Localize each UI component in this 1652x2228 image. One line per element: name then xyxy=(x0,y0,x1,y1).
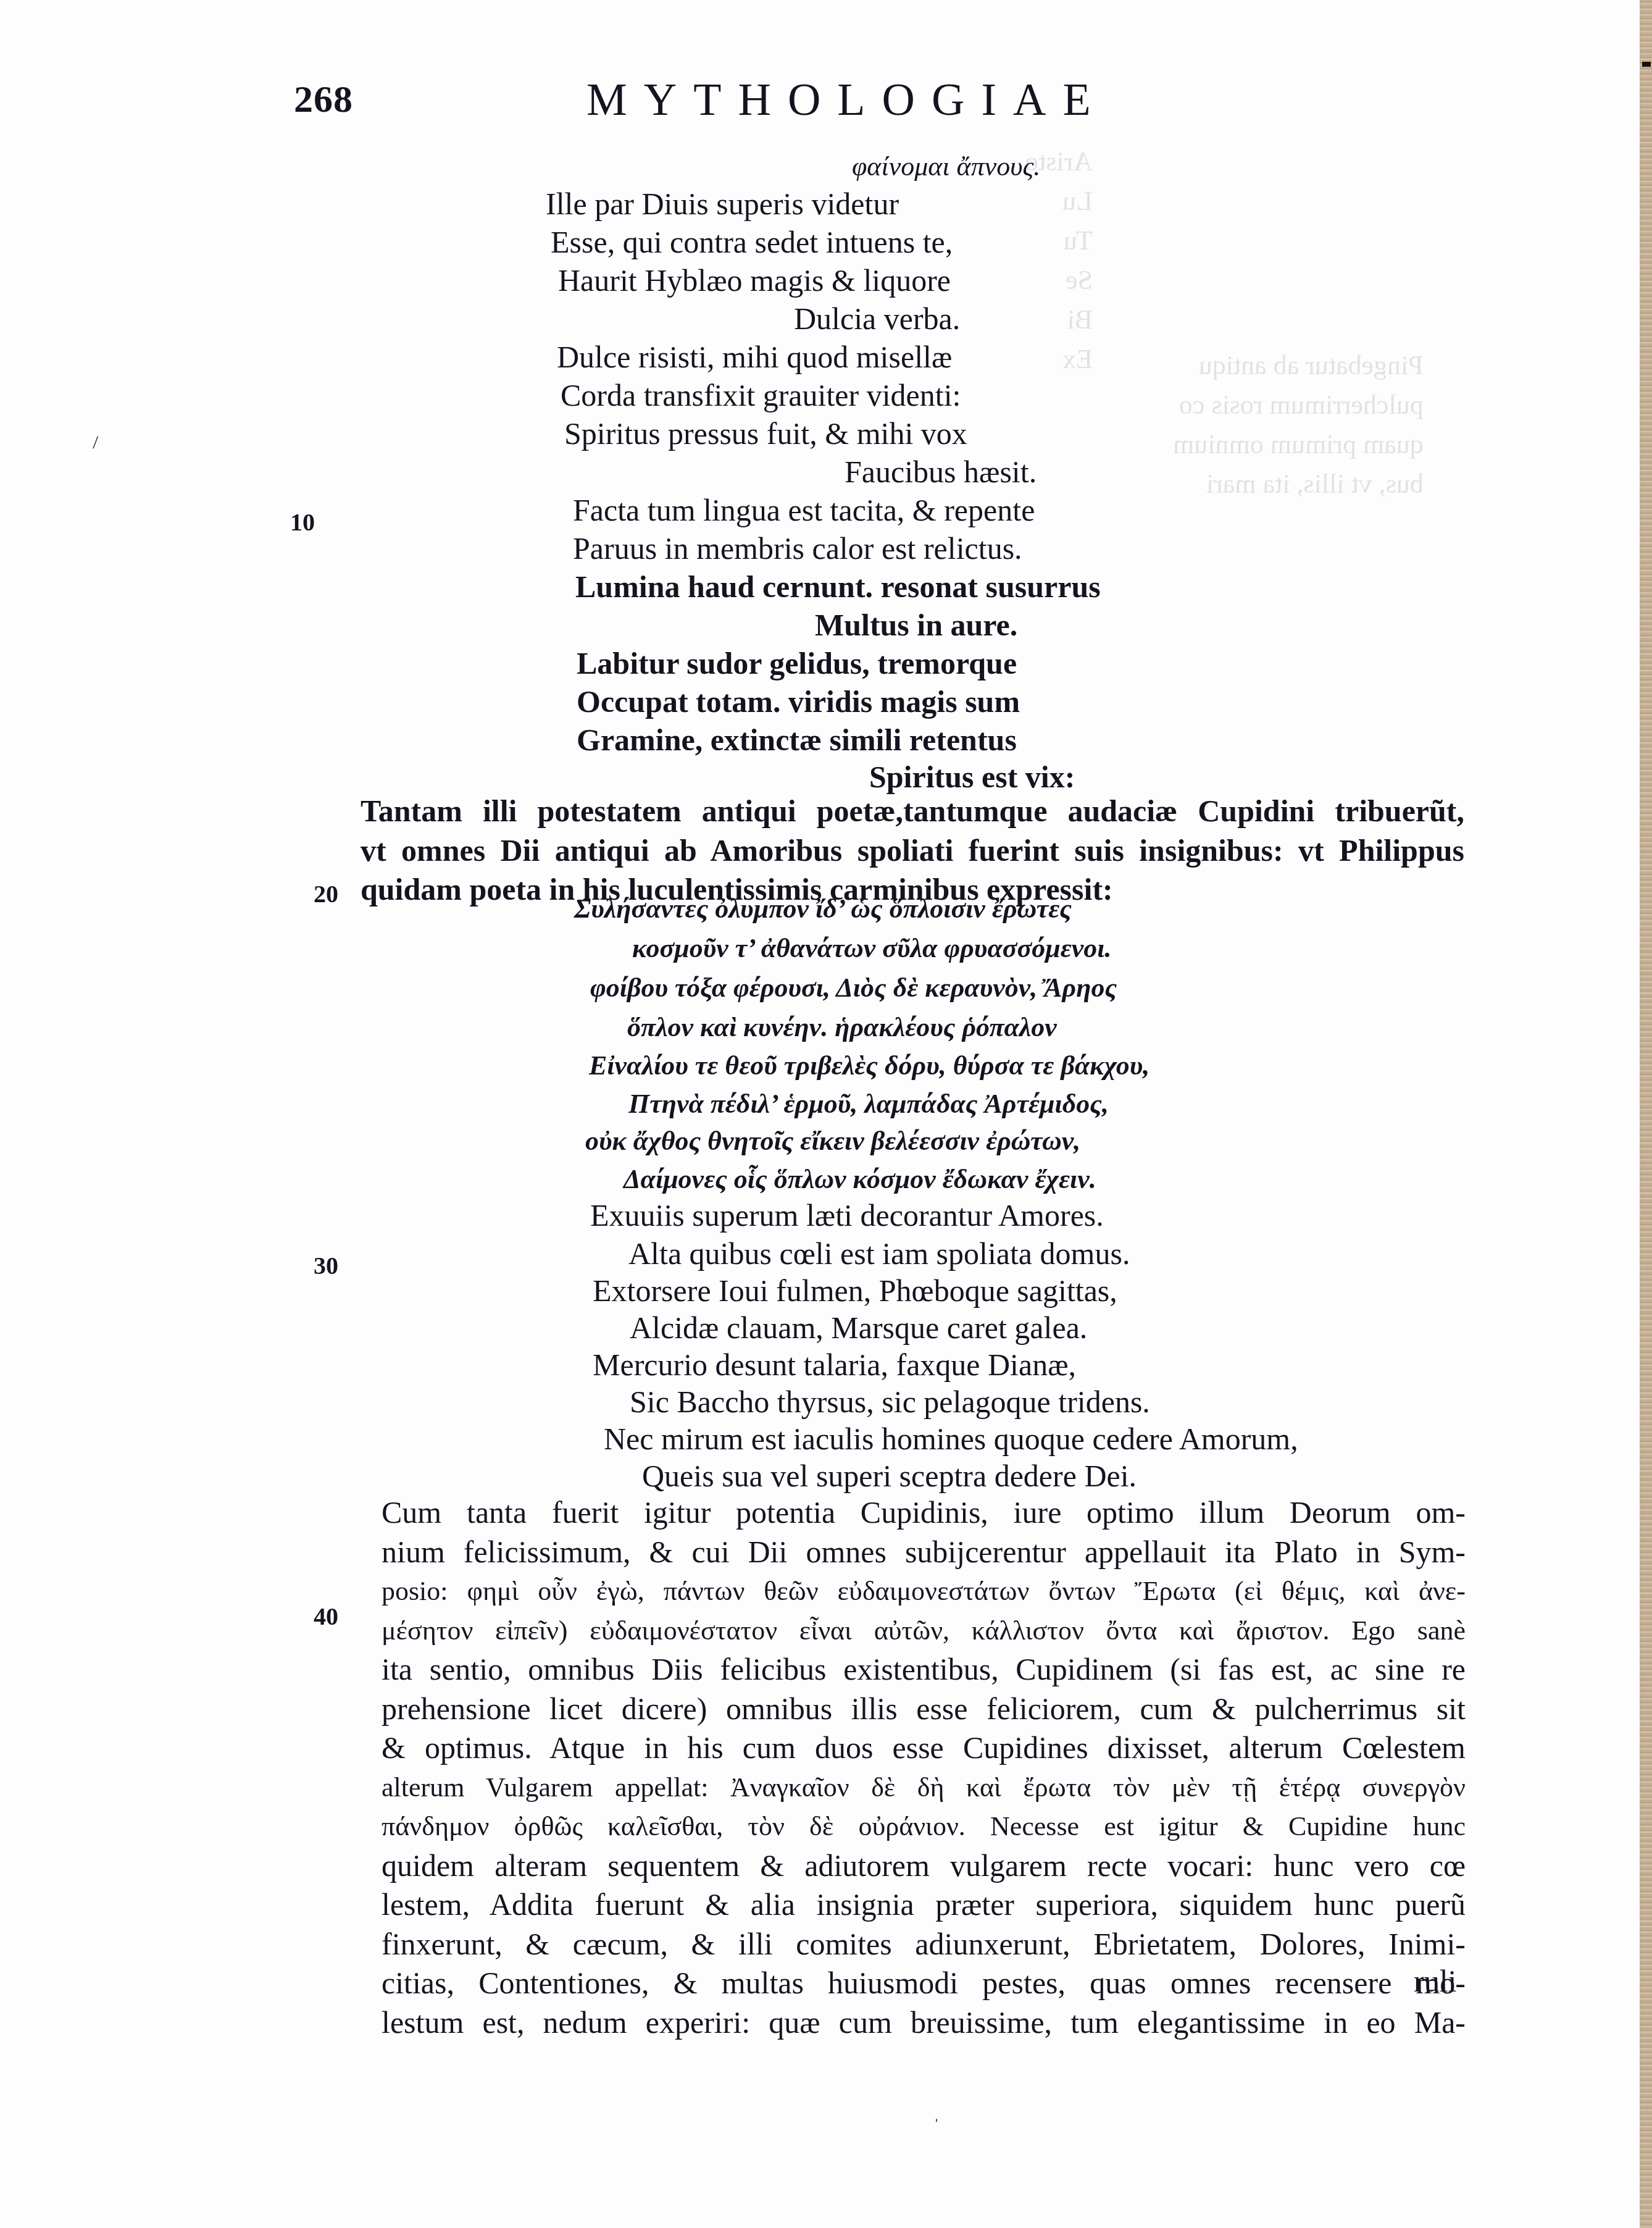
prose-line: nium felicissimum, & cui Dii omnes subij… xyxy=(382,1533,1466,1572)
prose-line: posio: φημὶ οὖν ἐγὼ, πάντων θεῶν εὐδαιμο… xyxy=(382,1572,1466,1611)
verse-line: Queis sua vel superi sceptra dedere Dei. xyxy=(642,1457,1137,1494)
greek-verse-line: Εἰναλίου τε θεοῦ τριβελὲς δόρυ, θύρσα τε… xyxy=(589,1047,1149,1084)
greek-verse-line: οὐκ ἄχθος θνητοῖς εἴκειν βελέεσσιν ἐρώτω… xyxy=(585,1123,1080,1160)
verse-line: Spiritus pressus fuit, & mihi vox xyxy=(564,415,967,452)
ink-speck: ˌ xyxy=(933,2102,940,2123)
page-fore-edge xyxy=(1640,0,1652,2228)
greek-verse-line: φοίβου τόξα φέρουσι, Διὸς δὲ κεραυνὸν, Ἄ… xyxy=(590,970,1117,1007)
prose-line: & optimus. Atque in his cum duos esse Cu… xyxy=(382,1728,1466,1768)
verse-line: Mercurio desunt talaria, faxque Dianæ, xyxy=(593,1346,1076,1383)
verse-line: Alcidæ clauam, Marsque caret galea. xyxy=(630,1309,1087,1346)
verse-line: Lumina haud cernunt. resonat susurrus xyxy=(575,568,1101,605)
edge-mark xyxy=(1642,62,1651,67)
book-page: Aristo Lu Tu Se Bi Ex Pingebatur ab anti… xyxy=(0,0,1652,2228)
page-number: 268 xyxy=(294,78,353,122)
line-number-20: 20 xyxy=(314,879,338,908)
line-number-40: 40 xyxy=(314,1602,338,1631)
greek-verse-tail: φαίνομαι ἄπνους. xyxy=(852,148,1040,185)
verse-line: Ille par Diuis superis videtur xyxy=(546,185,899,222)
prose-line: lestem, Addita fuerunt & alia insignia p… xyxy=(382,1885,1466,1925)
verse-line: Alta quibus cœli est iam spoliata domus. xyxy=(628,1235,1130,1272)
verse-line: Exuuiis superum læti decorantur Amores. xyxy=(590,1197,1104,1234)
verse-line: Facta tum lingua est tacita, & repente xyxy=(573,492,1035,529)
greek-verse-line: κοσμοῦν τ’ ἀθανάτων σῦλα φρυασσόμενοι. xyxy=(632,930,1111,967)
verse-line: Paruus in membris calor est relictus. xyxy=(573,530,1022,567)
verse-line: Dulcia verba. xyxy=(794,300,960,337)
prose-line: quidem alteram sequentem & adiutorem vul… xyxy=(382,1846,1466,1886)
prose-line: πάνδημον ὀρθῶς καλεῖσθαι, τὸν δὲ οὐράνιο… xyxy=(382,1807,1466,1846)
verse-line: Labitur sudor gelidus, tremorque xyxy=(577,645,1017,682)
verse-line: Multus in aure. xyxy=(815,606,1017,643)
verse-line: Corda transfixit grauiter videnti: xyxy=(561,377,961,414)
running-title: MYTHOLOGIAE xyxy=(586,74,1108,127)
prose-line: Cum tanta fuerit igitur potentia Cupidin… xyxy=(382,1493,1466,1533)
ink-speck: \ xyxy=(86,433,104,452)
catchword: ruli xyxy=(1414,1962,1456,2000)
verse-line: Dulce risisti, mihi quod misellæ xyxy=(557,338,952,375)
page-header: 268 MYTHOLOGIAE xyxy=(0,74,1652,130)
verse-line: Faucibus hæsit. xyxy=(845,453,1037,490)
verse-line: Sic Baccho thyrsus, sic pelagoque triden… xyxy=(630,1383,1150,1420)
prose-line: vt omnes Dii antiqui ab Amoribus spoliat… xyxy=(361,831,1464,871)
prose-line: μέσητον εἰπεῖν) εὐδαιμονέστατον εἶναι αὐ… xyxy=(382,1611,1466,1651)
show-through-verso-b: Pingebatur ab antiqu pulcherrimum rosis … xyxy=(1173,346,1424,504)
verse-line: Occupat totam. viridis magis sum xyxy=(577,683,1020,720)
line-number-10: 10 xyxy=(290,508,315,537)
paragraph-cum-tanta: Cum tanta fuerit igitur potentia Cupidin… xyxy=(382,1493,1466,2042)
verse-line: Spiritus est vix: xyxy=(869,758,1075,795)
line-number-30: 30 xyxy=(314,1251,338,1280)
greek-verse-line: Συλήσαντες ὀλυμπον ἴδ’ ὡς ὅπλοισιν ἔρωτε… xyxy=(574,890,1072,928)
prose-line: Tantam illi potestatem antiqui poetæ,tan… xyxy=(361,792,1464,831)
prose-line: lestum est, nedum experiri: quæ cum breu… xyxy=(382,2003,1466,2043)
prose-line: ita sentio, omnibus Diis felicibus exist… xyxy=(382,1650,1466,1690)
verse-line: Esse, qui contra sedet intuens te, xyxy=(551,224,953,261)
greek-verse-line: ὅπλον καὶ κυνέην. ἡρακλέους ῥόπαλον xyxy=(627,1009,1057,1046)
verse-line: Haurit Hyblæo magis & liquore xyxy=(558,262,951,299)
greek-verse-line: Πτηνὰ πέδιλ’ ἑρμοῦ, λαμπάδας Ἀρτέμιδος, xyxy=(628,1086,1109,1123)
verse-line: Nec mirum est iaculis homines quoque ced… xyxy=(604,1420,1298,1457)
prose-line: finxerunt, & cæcum, & illi comites adiun… xyxy=(382,1925,1466,1964)
verse-line: Gramine, extinctæ simili retentus xyxy=(577,721,1017,758)
prose-line: prehensione licet dicere) omnibus illis … xyxy=(382,1690,1466,1729)
prose-line: alterum Vulgarem appellat: Ἀναγκαῖον δὲ … xyxy=(382,1768,1466,1807)
prose-line: citias, Contentiones, & multas huiusmodi… xyxy=(382,1964,1466,2003)
greek-verse-line: Δαίμονες οἷς ὅπλων κόσμον ἔδωκαν ἔχειν. xyxy=(624,1161,1096,1198)
verse-line: Extorsere Ioui fulmen, Phœboque sagittas… xyxy=(593,1272,1117,1309)
